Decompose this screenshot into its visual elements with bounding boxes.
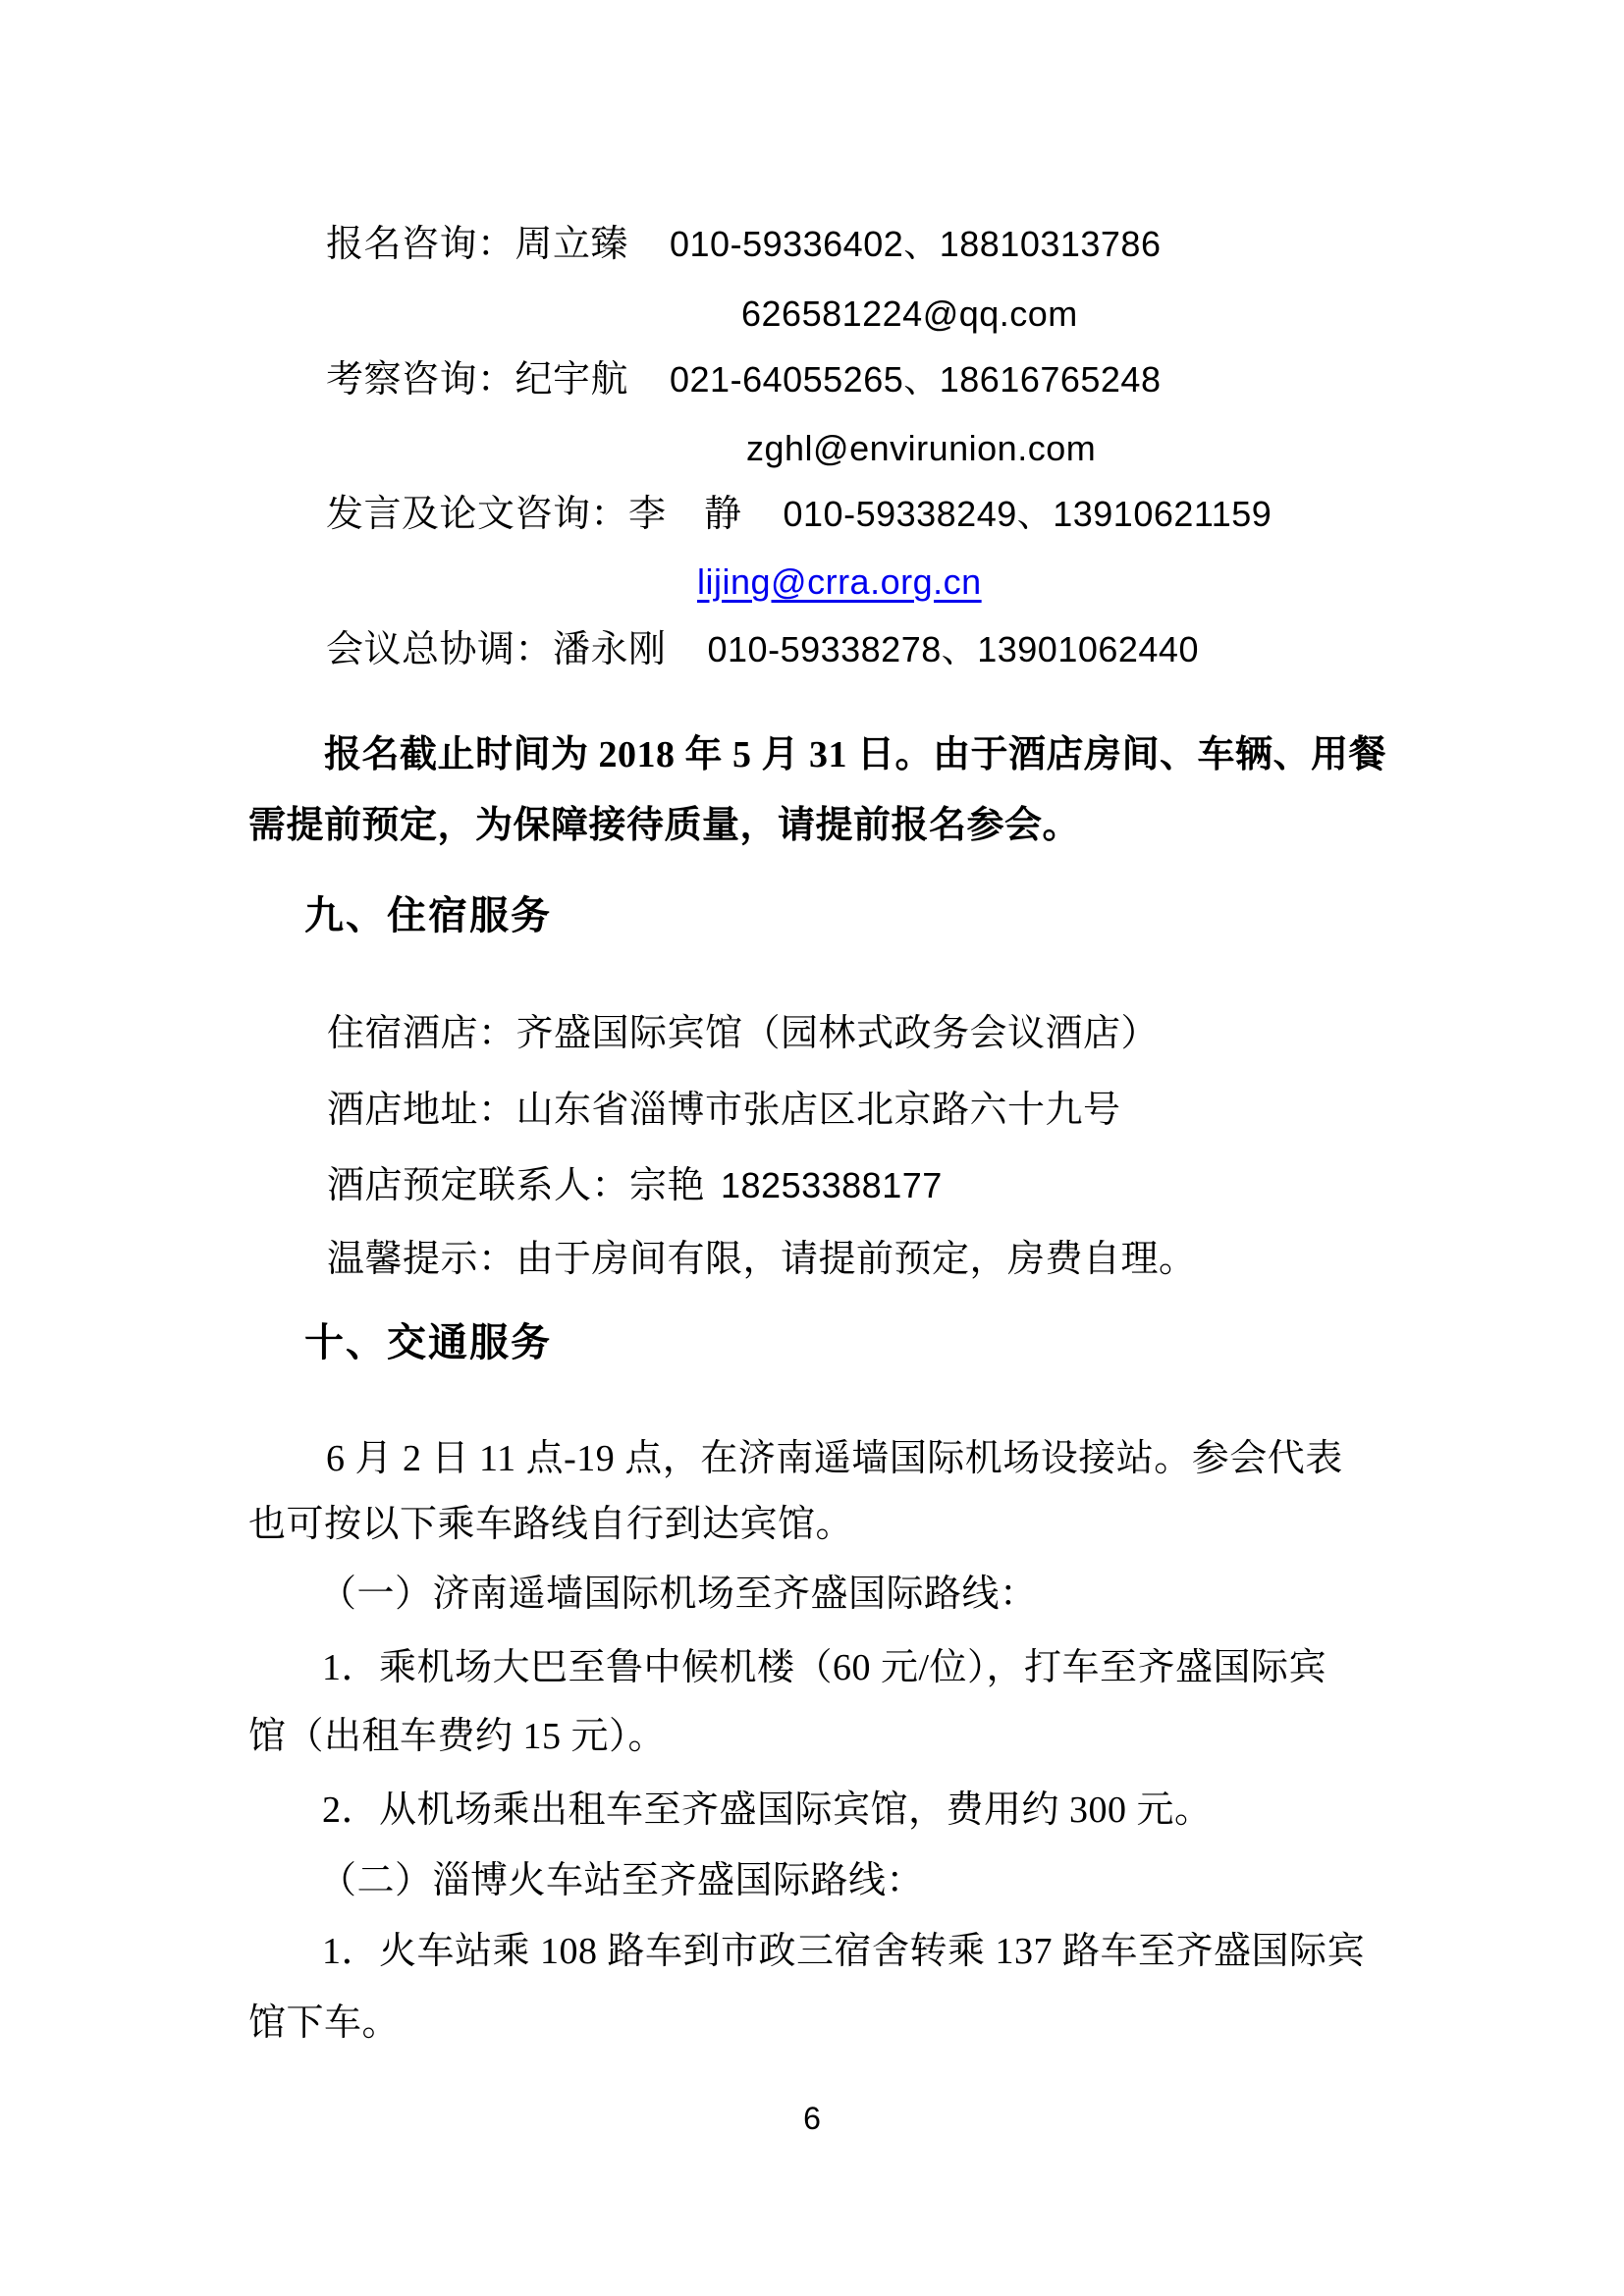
contact-phones: 010-59336402、18810313786: [670, 224, 1161, 264]
contact-label: 报名咨询：周立臻: [326, 224, 628, 265]
contact-label: 会议总协调：潘永刚: [326, 629, 667, 670]
contact-line-inspection: 考察咨询：纪宇航021-64055265、18616765248: [326, 359, 1161, 400]
deadline-notice-line-2: 需提前预定，为保障接待质量，请提前报名参会。: [248, 805, 1080, 846]
contact-line-speech-paper: 发言及论文咨询：李 静010-59338249、13910621159: [326, 494, 1272, 535]
transport-route-2-heading: （二）淄博火车站至齐盛国际路线：: [319, 1860, 924, 1901]
booking-contact-label: 酒店预定联系人：宗艳: [327, 1165, 705, 1206]
contact-email-registration: 626581224@qq.com: [741, 294, 1078, 335]
transport-route-1-heading: （一）济南遥墙国际机场至齐盛国际路线：: [319, 1574, 1038, 1615]
booking-contact-phone: 18253388177: [721, 1165, 943, 1205]
hotel-tip-line: 温馨提示：由于房间有限，请提前预定，房费自理。: [327, 1239, 1197, 1280]
contact-label: 考察咨询：纪宇航: [326, 359, 628, 400]
contact-line-coordination: 会议总协调：潘永刚010-59338278、13901062440: [326, 629, 1199, 670]
deadline-notice-line-1: 报名截止时间为 2018 年 5 月 31 日。由于酒店房间、车辆、用餐: [324, 734, 1386, 775]
transport-line: 2．从机场乘出租车至齐盛国际宾馆，费用约 300 元。: [322, 1789, 1213, 1831]
transport-line: 馆下车。: [248, 2002, 400, 2044]
transport-line: 1．火车站乘 108 路车到市政三宿舍转乘 137 路车至齐盛国际宾: [322, 1931, 1365, 1972]
hotel-booking-contact-line: 酒店预定联系人：宗艳18253388177: [327, 1165, 943, 1206]
section-9-heading: 九、住宿服务: [304, 895, 552, 936]
document-page: 报名咨询：周立臻010-59336402、18810313786 6265812…: [0, 0, 1624, 2296]
contact-phones: 010-59338278、13901062440: [708, 629, 1199, 669]
contact-phones: 010-59338249、13910621159: [784, 494, 1272, 534]
transport-line: 6 月 2 日 11 点-19 点，在济南遥墙国际机场设接站。参会代表: [326, 1438, 1343, 1479]
transport-line: 馆（出租车费约 15 元）。: [248, 1716, 666, 1757]
section-10-heading: 十、交通服务: [304, 1322, 552, 1363]
transport-line: 也可按以下乘车路线自行到达宾馆。: [248, 1504, 853, 1545]
contact-line-registration: 报名咨询：周立臻010-59336402、18810313786: [326, 224, 1161, 265]
contact-label: 发言及论文咨询：李 静: [326, 494, 742, 535]
transport-line: 1．乘机场大巴至鲁中候机楼（60 元/位），打车至齐盛国际宾: [322, 1647, 1326, 1688]
contact-email-link-speech-paper[interactable]: lijing@crra.org.cn: [697, 561, 982, 603]
hotel-address-line: 酒店地址：山东省淄博市张店区北京路六十九号: [327, 1090, 1121, 1131]
contact-email-inspection: zghl@envirunion.com: [746, 428, 1096, 469]
hotel-name-line: 住宿酒店：齐盛国际宾馆（园林式政务会议酒店）: [327, 1013, 1159, 1054]
page-number: 6: [0, 2101, 1624, 2137]
contact-phones: 021-64055265、18616765248: [670, 359, 1161, 400]
